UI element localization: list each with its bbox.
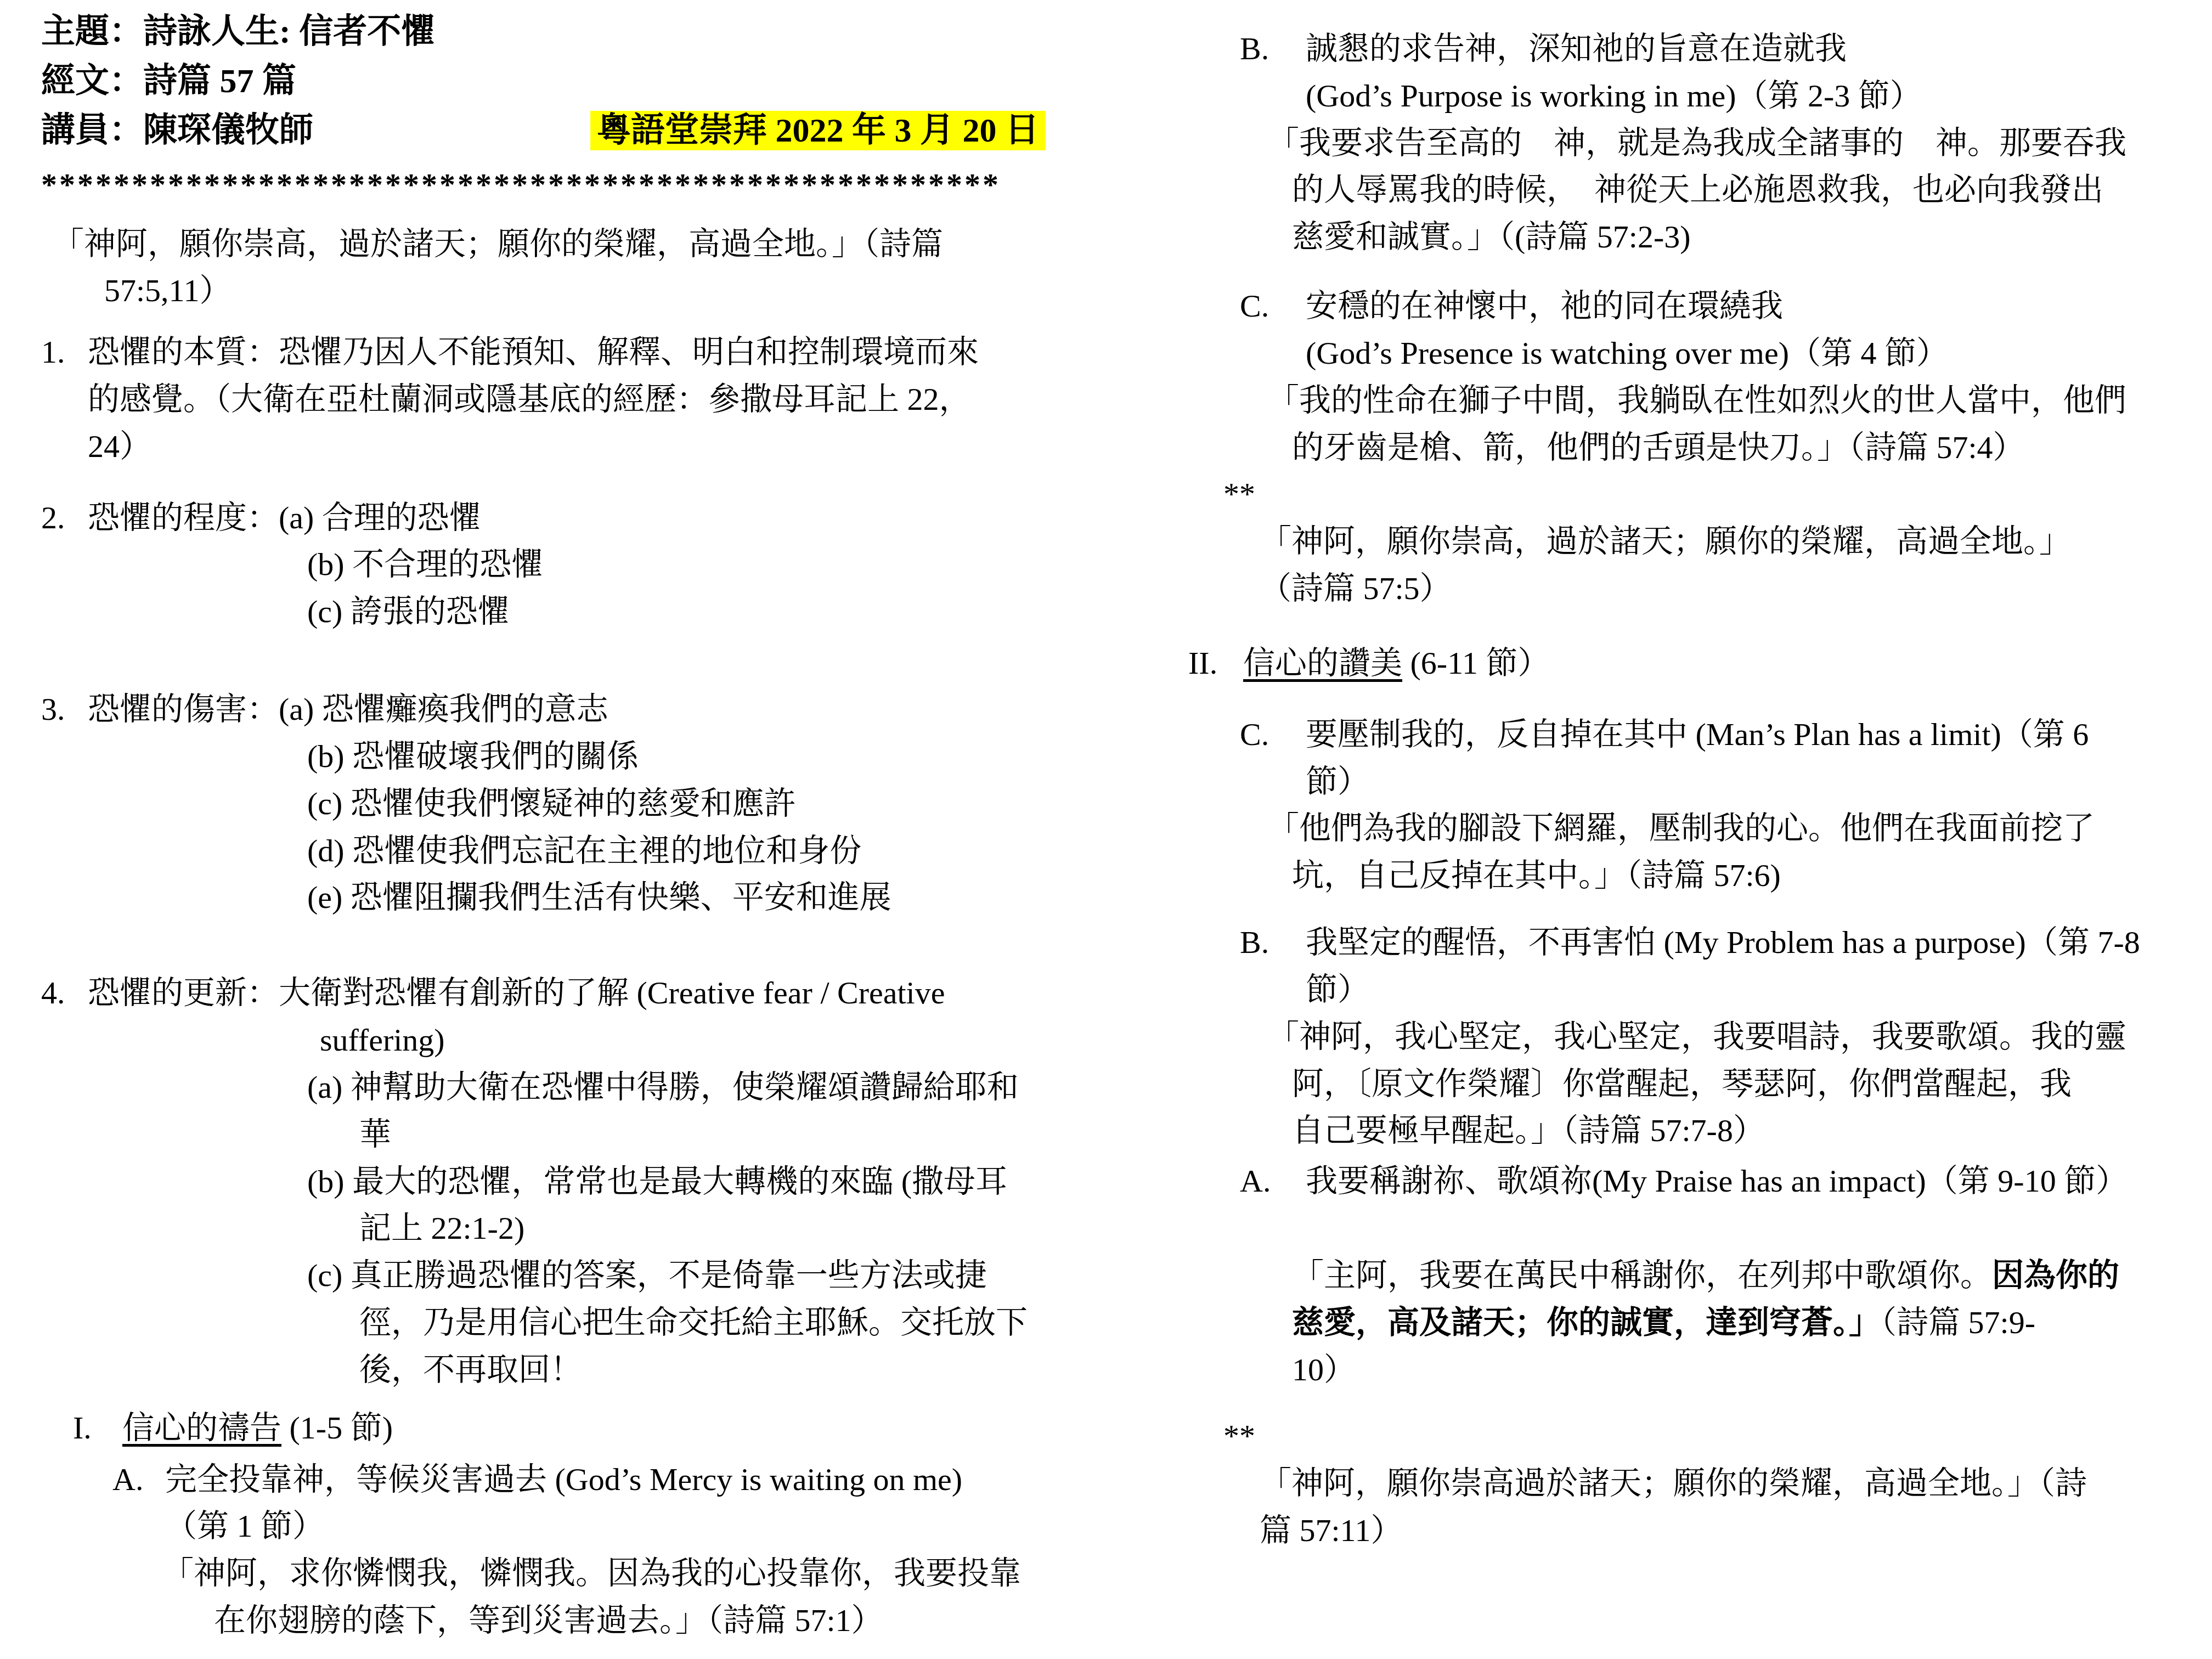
section-2-verse-range: (6-11 節） <box>1402 645 1549 681</box>
quote-57-9-10-opening: 「主阿，我要在萬民中稱謝你，在列邦中歌頌你。 <box>1292 1257 1992 1293</box>
section-2-title: 信心的讚美 <box>1243 645 1402 681</box>
list-item-4-text-continued: suffering) <box>320 1017 1114 1064</box>
quote-psalm-57-2-3: 「我要求告至高的 神，就是為我成全諸事的 神。那要吞我 的人辱罵我的時候， 神從… <box>1267 120 2190 261</box>
section-2-numeral: II. <box>1188 640 1243 687</box>
header: 主題：詩詠人生: 信者不懼 經文：詩篇 57 篇 講員：陳琛儀牧師粵語堂崇拜 2… <box>41 8 1114 208</box>
point-A2-text: 我要稱謝祢、歌頌祢(My Praise has an impact)（第 9-1… <box>1306 1158 2190 1205</box>
list-item-3-sub-e: (e) 恐懼阻攔我們生活有快樂、平安和進展 <box>307 874 1114 921</box>
opening-quote: 「神阿，願你崇高，過於諸天；願你的榮耀，高過全地。」（詩篇 57:5,11） <box>52 221 1114 315</box>
section-1-title: 信心的禱告 <box>122 1410 281 1446</box>
separator-line: ****************************************… <box>41 161 1114 208</box>
point-A-letter: A. <box>112 1456 143 1503</box>
section-1-verse-range: (1-5 節) <box>281 1410 393 1446</box>
point-C-text: 安穩的在神懷中，祂的同在環繞我 (God’s Presence is watch… <box>1306 283 2190 377</box>
list-item-3-sub-b: (b) 恐懼破壞我們的關係 <box>307 733 1114 780</box>
list-item-2-text: 恐懼的程度：(a) 合理的恐懼 <box>88 494 1114 541</box>
list-item-2-number: 2. <box>41 494 65 541</box>
scripture-line: 經文：詩篇 57 篇 <box>41 57 1114 106</box>
quote-psalm-57-6: 「他們為我的腳設下網羅，壓制我的心。他們在我面前挖了 坑，自己反掉在其中。」（詩… <box>1267 805 2190 899</box>
list-item-4-sublist: (a) 神幫助大衛在恐懼中得勝，使榮耀頌讚歸給耶和 華 (b) 最大的恐懼，常常… <box>307 1064 1114 1393</box>
refrain-marker: ** <box>1223 471 1255 518</box>
left-column: 主題：詩詠人生: 信者不懼 經文：詩篇 57 篇 講員：陳琛儀牧師粵語堂崇拜 2… <box>0 0 1125 1659</box>
quote-psalm-57-1: 「神阿，求你憐憫我，憐憫我。因為我的心投靠你，我要投靠 在你翅膀的蔭下，等到災害… <box>162 1550 1114 1644</box>
list-item-3-number: 3. <box>41 686 65 733</box>
refrain-text: 「神阿，願你崇高，過於諸天；願你的榮耀，高過全地。」 （詩篇 57:5） <box>1260 523 2071 606</box>
list-item-2: 2. 恐懼的程度：(a) 合理的恐懼 (b) 不合理的恐懼 (c) 誇張的恐懼 <box>41 494 1114 635</box>
section-2-heading: II.信心的讚美 (6-11 節） <box>1188 640 2190 687</box>
list-item-1-text: 恐懼的本質：恐懼乃因人不能預知、解釋、明白和控制環境而來 的感覺。（大衛在亞杜蘭… <box>88 329 1114 470</box>
list-item-4-sub-a: (a) 神幫助大衛在恐懼中得勝，使榮耀頌讚歸給耶和 華 <box>307 1064 1114 1158</box>
quote-psalm-57-9-10: 「主阿，我要在萬民中稱謝你，在列邦中歌頌你。因為你的 慈愛，高及諸天；你的誠實，… <box>1267 1205 2190 1393</box>
point-B2-problem: B. 我堅定的醒悟，不再害怕 (My Problem has a purpose… <box>1240 919 2190 1013</box>
point-A2-praise: A. 我要稱謝祢、歌頌祢(My Praise has an impact)（第 … <box>1240 1158 2190 1205</box>
list-item-4-number: 4. <box>41 969 65 1017</box>
list-item-4: 4. 恐懼的更新：大衛對恐懼有創新的了解 (Creative fear / Cr… <box>41 969 1114 1393</box>
list-item-3-text: 恐懼的傷害：(a) 恐懼癱瘓我們的意志 <box>88 686 1114 733</box>
point-A-text: 完全投靠神，等候災害過去 (God’s Mercy is waiting on … <box>165 1456 1114 1550</box>
sermon-outline-document: 主題：詩詠人生: 信者不懼 經文：詩篇 57 篇 講員：陳琛儀牧師粵語堂崇拜 2… <box>0 0 2212 1659</box>
point-C2-mans-plan: C. 要壓制我的，反自掉在其中 (Man’s Plan has a limit)… <box>1240 711 2190 805</box>
date-highlight: 粵語堂崇拜 2022 年 3 月 20 日 <box>590 111 1046 150</box>
list-item-4-sub-c: (c) 真正勝過恐懼的答案，不是倚靠一些方法或捷 徑，乃是用信心把生命交托給主耶… <box>307 1252 1114 1393</box>
point-A2-letter: A. <box>1240 1158 1271 1205</box>
point-C-presence: C. 安穩的在神懷中，祂的同在環繞我 (God’s Presence is wa… <box>1240 283 2190 377</box>
speaker-line: 講員：陳琛儀牧師粵語堂崇拜 2022 年 3 月 20 日 <box>41 106 1114 156</box>
point-C2-text: 要壓制我的，反自掉在其中 (Man’s Plan has a limit)（第 … <box>1306 711 2190 805</box>
point-C-letter: C. <box>1240 283 1269 330</box>
right-column: B. 誠懇的求告神，深知祂的旨意在造就我 (God’s Purpose is w… <box>1125 0 2212 1659</box>
list-item-2-sub-b: (b) 不合理的恐懼 <box>307 541 1114 588</box>
list-item-3-sub-c: (c) 恐懼使我們懷疑神的慈愛和應許 <box>307 780 1114 827</box>
list-item-1-number: 1. <box>41 329 65 376</box>
list-item-4-text: 恐懼的更新：大衛對恐懼有創新的了解 (Creative fear / Creat… <box>88 969 1114 1017</box>
list-item-2-sub-c: (c) 誇張的恐懼 <box>307 588 1114 635</box>
list-item-3-sub-d: (d) 恐懼使我們忘記在主裡的地位和身份 <box>307 827 1114 874</box>
point-A-mercy: A. 完全投靠神，等候災害過去 (God’s Mercy is waiting … <box>112 1456 1114 1550</box>
point-B-purpose: B. 誠懇的求告神，深知祂的旨意在造就我 (God’s Purpose is w… <box>1240 25 2190 120</box>
section-1-heading: I.信心的禱告 (1-5 節) <box>73 1404 1114 1452</box>
quote-psalm-57-7-8: 「神阿，我心堅定，我心堅定，我要唱詩，我要歌頌。我的靈 阿，〔原文作榮耀〕你當醒… <box>1267 1013 2190 1154</box>
speaker-name: 講員：陳琛儀牧師 <box>41 112 313 149</box>
point-B2-text: 我堅定的醒悟，不再害怕 (My Problem has a purpose)（第… <box>1306 919 2190 1013</box>
list-item-3: 3. 恐懼的傷害：(a) 恐懼癱瘓我們的意志 (b) 恐懼破壞我們的關係 (c)… <box>41 686 1114 921</box>
list-item-1: 1. 恐懼的本質：恐懼乃因人不能預知、解釋、明白和控制環境而來 的感覺。（大衛在… <box>41 329 1114 470</box>
list-item-2-sublist: (b) 不合理的恐懼 (c) 誇張的恐懼 <box>307 541 1114 635</box>
refrain-text-2: 「神阿，願你崇高過於諸天；願你的榮耀，高過全地。」（詩 篇 57:11） <box>1260 1465 2087 1548</box>
refrain-psalm-57-11: **「神阿，願你崇高過於諸天；願你的榮耀，高過全地。」（詩 篇 57:11） <box>1223 1413 2190 1554</box>
quote-psalm-57-4: 「我的性命在獅子中間，我躺臥在性如烈火的世人當中，他們 的牙齒是槍、箭，他們的舌… <box>1267 377 2190 471</box>
list-item-4-sub-b: (b) 最大的恐懼，常常也是最大轉機的來臨 (撒母耳 記上 22:1-2) <box>307 1158 1114 1252</box>
refrain-marker-2: ** <box>1223 1413 1255 1460</box>
topic-line: 主題：詩詠人生: 信者不懼 <box>41 8 1114 57</box>
point-B-letter: B. <box>1240 25 1269 72</box>
point-C2-letter: C. <box>1240 711 1269 758</box>
point-B2-letter: B. <box>1240 919 1269 966</box>
list-item-3-sublist: (b) 恐懼破壞我們的關係 (c) 恐懼使我們懷疑神的慈愛和應許 (d) 恐懼使… <box>307 733 1114 921</box>
section-1-numeral: I. <box>73 1404 122 1452</box>
refrain-psalm-57-5: **「神阿，願你崇高，過於諸天；願你的榮耀，高過全地。」 （詩篇 57:5） <box>1223 471 2190 612</box>
point-B-text: 誠懇的求告神，深知祂的旨意在造就我 (God’s Purpose is work… <box>1306 25 2190 120</box>
